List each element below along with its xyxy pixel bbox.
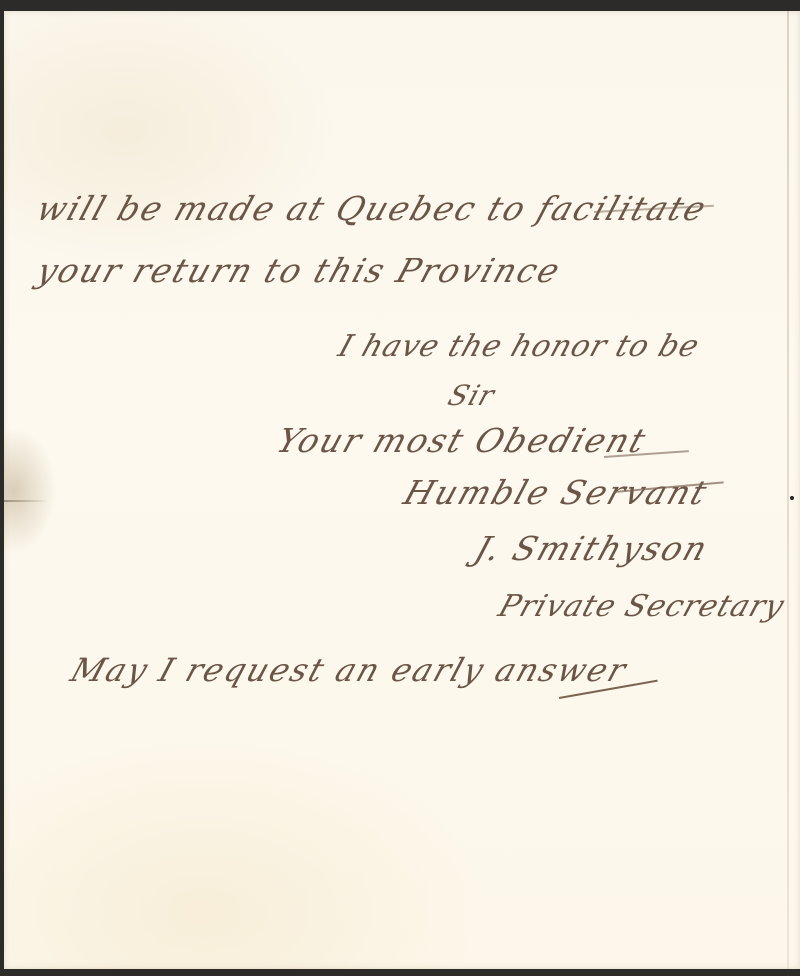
page-edge (787, 11, 789, 969)
signer-title: Private Secretary (494, 589, 789, 624)
signature: J. Smithyson (470, 529, 714, 568)
body-line-2: your return to this Province (32, 251, 566, 290)
postscript: May I request an early answer (66, 651, 632, 689)
closing-salutation: I have the honor to be (334, 329, 704, 364)
fold-crease (4, 500, 49, 502)
valediction-line-2: Humble Servant (399, 473, 713, 512)
ink-blot (790, 496, 794, 500)
body-line-1: will be made at Quebec to facilitate (32, 189, 713, 228)
closing-address: Sir (444, 379, 499, 412)
valediction-line-1: Your most Obedient (272, 421, 652, 460)
letter-page: will be made at Quebec to facilitate you… (4, 11, 800, 969)
scan-background: will be made at Quebec to facilitate you… (0, 0, 800, 976)
